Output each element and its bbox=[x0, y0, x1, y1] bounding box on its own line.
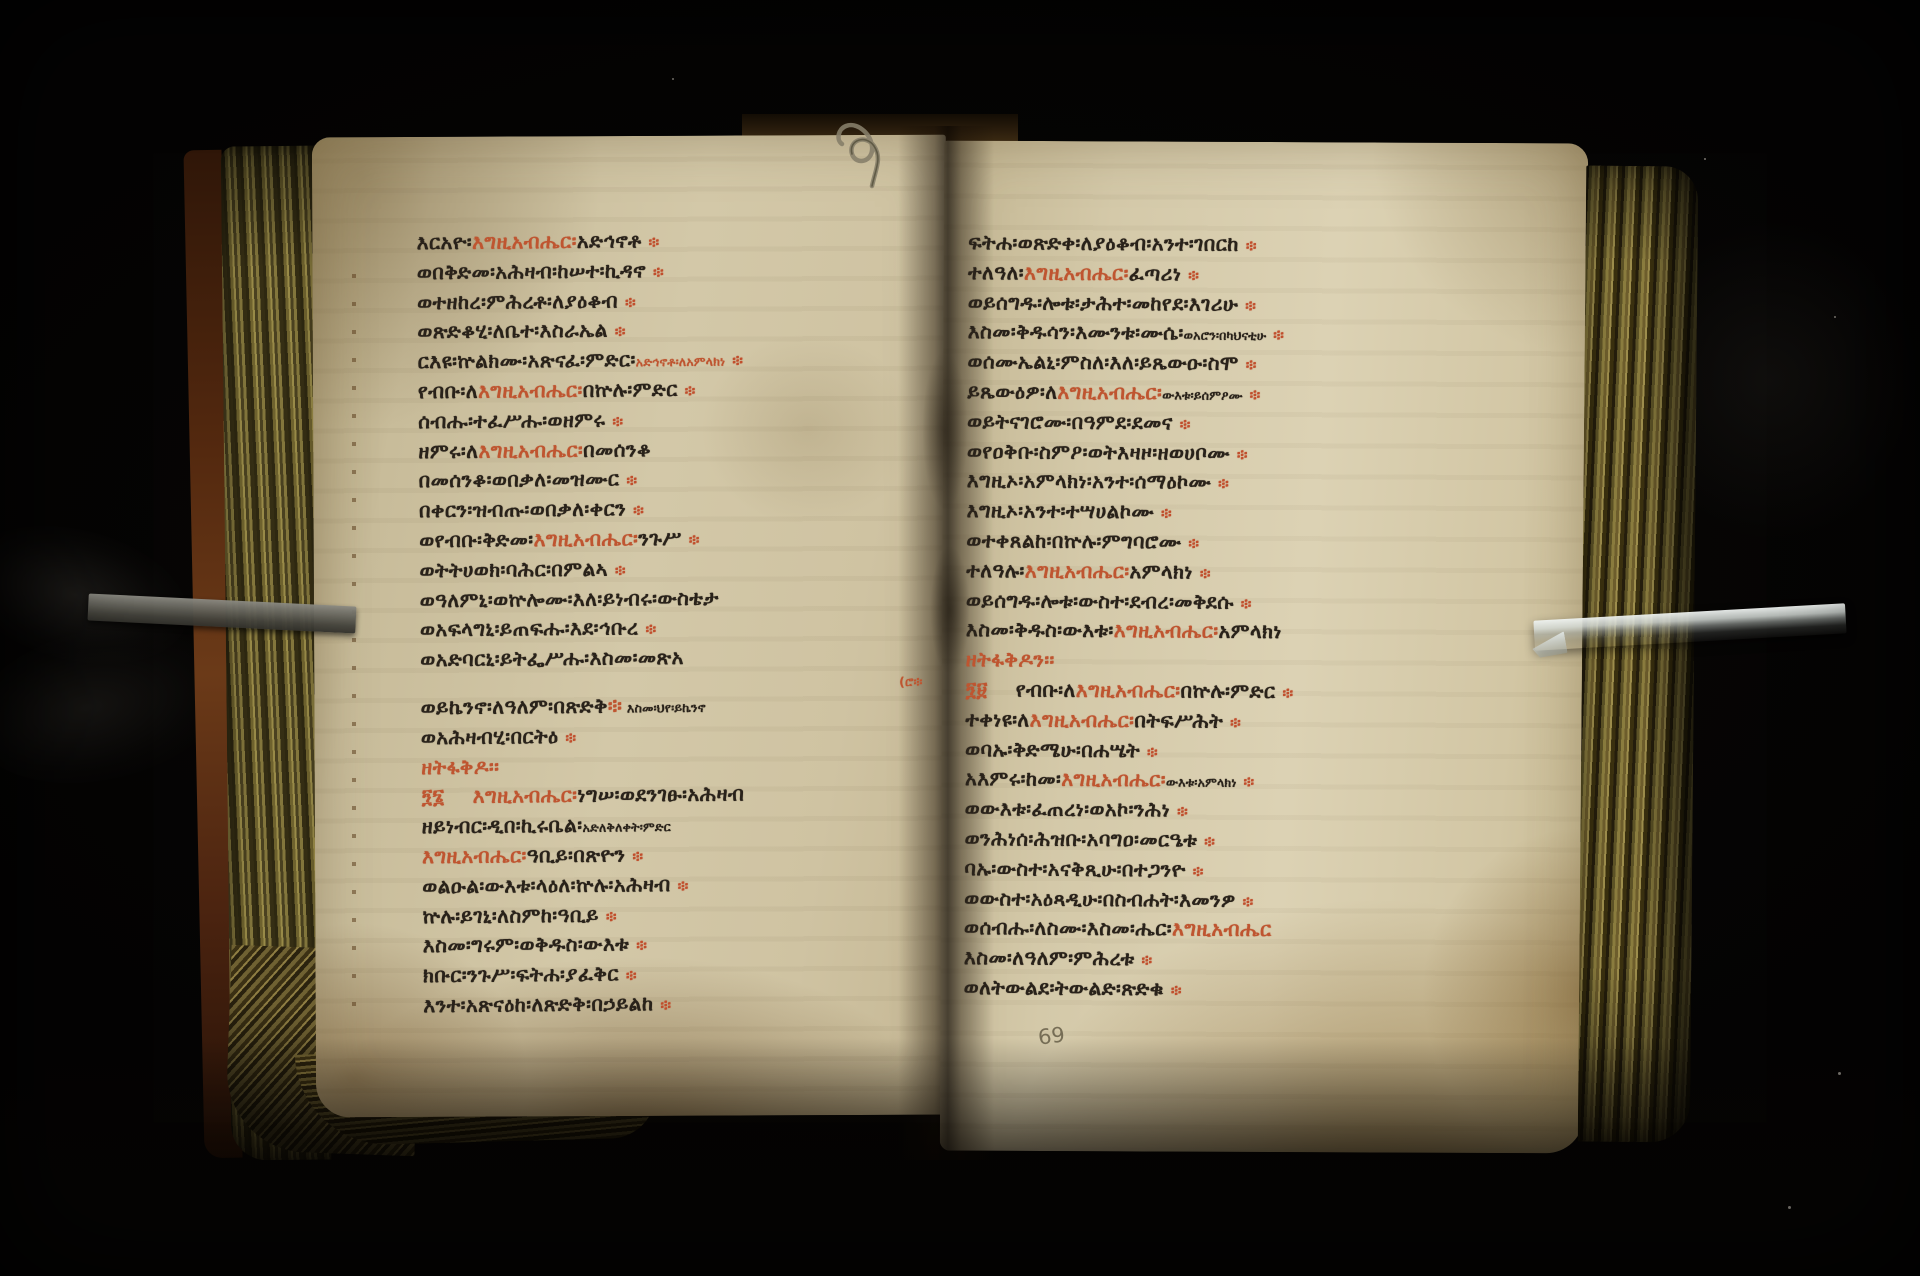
line-end-mark: ፨ bbox=[682, 531, 700, 549]
ink-text: ወየዐቅቡ፡ስምዖ፡ወትእዛዞ፡ዘወሀቦሙ bbox=[967, 439, 1230, 465]
line-end-mark: ፨ bbox=[1243, 386, 1261, 404]
ink-text: እስመ፡ህየ፡ይኬንኖ bbox=[622, 700, 705, 716]
rubricated-text: እግዚአብሔር፡ bbox=[472, 229, 577, 254]
ink-text: ወአድባርኒ፡ይትፌሥሑ፡እስመ፡መጽአ bbox=[420, 645, 684, 671]
text-line: ወተዘከረ፡ምሕረቶ፡ለያዕቆብ፨ bbox=[417, 283, 933, 317]
dust-speck bbox=[1788, 1206, 1791, 1209]
text-line: ክቡር፡ንጉሥ፡ፍትሐ፡ያፈቅር፨ bbox=[423, 957, 939, 991]
text-line: በመሰንቆ፡ወበቃለ፡መዝሙር፨ bbox=[419, 462, 935, 496]
ink-text: እግዚኦ፡አምላክነ፡አንተ፡ሰማዕኮሙ bbox=[967, 469, 1211, 494]
line-end-mark: ፨ bbox=[1236, 892, 1254, 910]
rubricated-text: እግዚአብሔር፡ bbox=[478, 378, 583, 403]
ink-text: ወየብቡ፡ቅድመ፡ bbox=[419, 527, 533, 552]
dust-speck bbox=[1838, 1072, 1841, 1075]
line-end-mark: ፨ bbox=[1154, 504, 1172, 522]
text-line: እስመ፡ግሩም፡ወቅዱስ፡ውእቱ፨ bbox=[423, 927, 939, 961]
rubricated-text: እግዚአብሔር፡ bbox=[1025, 558, 1130, 583]
rubricated-text: አድኅኖቶ፡ለአምላክነ bbox=[636, 354, 726, 370]
text-line: ወልዑል፡ውእቱ፡ላዕለ፡ኵሉ፡አሕዛብ፨ bbox=[422, 867, 938, 901]
ink-text: ነግሠ፡ወደንገፁ፡አሕዛብ bbox=[577, 782, 744, 807]
text-line: ፺፱የብቡ፡ለእግዚአብሔር፡በኵሉ፡ምድር፨ bbox=[965, 675, 1571, 708]
rubricated-text: እግዚአብሔር፡ bbox=[533, 526, 638, 551]
text-line: ዘምሩ፡ለእግዚአብሔር፡በመሰንቆ bbox=[418, 432, 934, 466]
line-end-mark: ፨ bbox=[1275, 684, 1293, 702]
bottom-shadow-fade bbox=[0, 1038, 1920, 1276]
text-line: እግዚኦ፡አምላክነ፡አንተ፡ሰማዕኮሙ፨ bbox=[967, 467, 1573, 500]
ink-text: ፍትሐ፡ወጽድቀ፡ለያዕቆብ፡አንተ፡ገበርከ bbox=[968, 230, 1239, 256]
ink-text: ወይሰግዱ፡ሎቱ፡ታሕተ፡መከየደ፡እገሪሁ bbox=[968, 290, 1239, 316]
line-end-mark: ፨ bbox=[1239, 356, 1257, 374]
text-line: እስመ፡ቅዱሳን፡እሙንቱ፡ሙሴ፡ወአሮን፡በካህናቲሁ፨ bbox=[968, 318, 1574, 351]
text-line: ወይኬንኖ፡ለዓለም፡በጽድቅ፨ እስመ፡ህየ፡ይኬንኖ bbox=[421, 689, 937, 723]
ink-text: የብቡ፡ለ bbox=[418, 379, 478, 404]
rubricated-text: እግዚአብሔር፡ bbox=[422, 843, 527, 868]
line-end-mark: ፨ bbox=[1173, 415, 1191, 433]
ink-text: እርአዮ፡ bbox=[417, 230, 473, 254]
text-line: ኵሉ፡ይገኒ፡ለስምከ፡ዓቢይ፨ bbox=[422, 897, 938, 931]
line-end-mark: ፨ bbox=[1134, 951, 1152, 969]
ink-text: ይጼውዕዎ፡ለ bbox=[967, 379, 1057, 404]
ink-text: ወይሰግዱ፡ሎቱ፡ውስተ፡ደብረ፡መቅደሱ bbox=[966, 588, 1234, 614]
ink-text: በኵሉ፡ምድር bbox=[1180, 678, 1275, 703]
text-line: ፺፮እግዚአብሔር፡ነግሠ፡ወደንገፁ፡አሕዛብ bbox=[421, 778, 937, 812]
rubricated-text: እግዚአብሔር bbox=[1172, 917, 1272, 942]
ink-text: በመሰንቆ bbox=[583, 437, 651, 462]
ink-text: ክቡር፡ንጉሥ፡ፍትሐ፡ያፈቅር bbox=[423, 962, 619, 988]
ink-text: ወይኬንኖ፡ለዓለም፡በጽድቅ bbox=[421, 694, 608, 720]
line-end-mark: ፨ bbox=[642, 233, 660, 251]
line-end-mark: ፨ bbox=[619, 966, 637, 984]
right-page-text: ፍትሐ፡ወጽድቀ፡ለያዕቆብ፡አንተ፡ገበርከ፨ተለዓለ፡እግዚአብሔር፡ፈጣሪ… bbox=[964, 228, 1575, 1006]
text-line: እንተ፡አጽናዕከ፡ለጽድቅ፡በኃይልከ፨ bbox=[423, 987, 939, 1021]
text-line: ወለትውልደ፡ትውልድ፡ጽድቁ፨ bbox=[964, 973, 1570, 1006]
rubricated-text: እግዚአብሔር፡ bbox=[1114, 618, 1219, 643]
text-line: ወባኡ፡ቅድሜሁ፡በሐሤት፨ bbox=[965, 735, 1571, 768]
ink-text: ወውስተ፡አዕጻዲሁ፡በስብሐት፡እመንዎ bbox=[964, 886, 1236, 912]
ink-text: እስመ፡ግሩም፡ወቅዱስ፡ውእቱ bbox=[423, 932, 630, 958]
rubricated-text: እግዚአብሔር፡ bbox=[478, 437, 583, 462]
line-end-mark: ፨ bbox=[619, 472, 637, 490]
text-line: ወሰብሑ፡ለስሙ፡እስመ፡ሔር፡እግዚአብሔር bbox=[964, 913, 1570, 946]
rubricated-text: ፨ bbox=[608, 693, 623, 717]
text-line: ዘይነብር፡ዲበ፡ኪሩቤል፡አድለቅለቀት፡ምድር bbox=[422, 808, 938, 842]
manuscript-photo: እርአዮ፡እግዚአብሔር፡አድኅኖቶ፨ወበቅድመ፡አሕዛብ፡ከሠተ፡ኪዳኖ፨ወተ… bbox=[0, 0, 1920, 1276]
ink-text: ወተዘከረ፡ምሕረቶ፡ለያዕቆብ bbox=[417, 288, 618, 314]
rubric-line: ዘትፋቅዶን፡፡ bbox=[966, 645, 1572, 678]
line-end-mark: ፨ bbox=[608, 323, 626, 341]
line-end-mark: ፨ bbox=[1266, 326, 1284, 344]
line-end-mark: ፨ bbox=[1237, 773, 1255, 791]
ink-text: ተቀነዩ፡ለ bbox=[965, 707, 1029, 731]
text-line: ባኡ፡ውስተ፡አናቅጺሁ፡በተጋንዮ፨ bbox=[964, 854, 1570, 887]
line-end-mark: ፨ bbox=[1164, 981, 1182, 999]
ink-text: በመሰንቆ፡ወበቃለ፡መዝሙር bbox=[419, 467, 620, 493]
ink-text: ዘይነብር፡ዲበ፡ኪሩቤል፡ bbox=[422, 813, 583, 838]
ink-text: ወውእቱ፡ፈጠረነ፡ወአኮ፡ንሕነ bbox=[965, 796, 1170, 821]
ink-text: ወልዑል፡ውእቱ፡ላዕለ፡ኵሉ፡አሕዛብ bbox=[422, 872, 671, 898]
line-end-mark: ፨ bbox=[671, 877, 689, 895]
text-line: ፍትሐ፡ወጽድቀ፡ለያዕቆብ፡አንተ፡ገበርከ፨ bbox=[968, 228, 1574, 261]
text-line: እግዚኦ፡አንተ፡ተሣሀልኮሙ፨ bbox=[967, 496, 1573, 529]
ink-text: ውእቱ፡አምላክነ bbox=[1166, 775, 1237, 790]
rubricated-text: ዘትፋቅዶ፡፡ bbox=[421, 754, 499, 779]
ink-text: እስመ፡ቅዱስ፡ውእቱ፡ bbox=[966, 618, 1114, 643]
line-end-mark: ፨ bbox=[629, 937, 647, 955]
ink-text: አእምሩ፡ከመ፡ bbox=[965, 766, 1061, 791]
text-line: የብቡ፡ለእግዚአብሔር፡በኵሉ፡ምድር፨ bbox=[418, 373, 934, 407]
text-line: ወንሕነሰ፡ሕዝቡ፡አባግዐ፡መርዔቱ፨ bbox=[965, 824, 1571, 857]
ink-text: ንጉሥ bbox=[638, 526, 682, 550]
text-line: ወይሰግዱ፡ሎቱ፡ታሕተ፡መከየደ፡እገሪሁ፨ bbox=[968, 288, 1574, 321]
ink-text: ወሰሙኤልኒ፡ምስለ፡እለ፡ይጼውዑ፡ስሞ bbox=[967, 349, 1238, 375]
ink-text: ወአሮን፡በካህናቲሁ bbox=[1184, 328, 1267, 344]
ink-text: ተለዓሉ፡ bbox=[966, 558, 1025, 582]
ink-text: እግዚኦ፡አንተ፡ተሣሀልኮሙ bbox=[967, 498, 1155, 523]
text-line: ወተቀጸልከ፡በኵሉ፡ምግባሮሙ፨ bbox=[966, 526, 1572, 559]
line-end-mark: ፨ bbox=[558, 729, 576, 747]
ink-text: ወሰብሑ፡ለስሙ፡እስመ፡ሔር፡ bbox=[964, 915, 1172, 940]
ink-text: ወአፍላግኒ፡ይጠፍሑ፡እደ፡ኅቡረ bbox=[420, 616, 639, 642]
bookmark-cord bbox=[816, 96, 896, 190]
rubricated-text: (ሮ፨ bbox=[899, 674, 923, 689]
ink-text: አምላክነ bbox=[1219, 619, 1282, 643]
text-line: ወየዐቅቡ፡ስምዖ፡ወትእዛዞ፡ዘወሀቦሙ፨ bbox=[967, 437, 1573, 470]
pricking-holes-column bbox=[352, 250, 356, 1020]
line-end-mark: ፨ bbox=[625, 847, 643, 865]
line-end-mark: ፨ bbox=[1186, 862, 1204, 880]
text-line: ተለዓሉ፡እግዚአብሔር፡አምላክነ፨ bbox=[966, 556, 1572, 589]
right-fore-edge-leaves bbox=[1578, 166, 1699, 1143]
ink-text: እስመ፡ቅዱሳን፡እሙንቱ፡ሙሴ፡ bbox=[968, 320, 1184, 345]
text-line: እግዚአብሔር፡ዓቢይ፡በጽዮን፨ bbox=[422, 838, 938, 872]
line-end-mark: ፨ bbox=[646, 263, 664, 281]
line-end-mark: ፨ bbox=[1230, 445, 1248, 463]
text-line: ወጽድቆሂ፡ለቤተ፡እስራኤል፨ bbox=[417, 313, 933, 347]
line-end-mark: ፨ bbox=[1223, 713, 1241, 731]
ink-text: ወጽድቆሂ፡ለቤተ፡እስራኤል bbox=[417, 318, 608, 344]
line-end-mark: ፨ bbox=[626, 501, 644, 519]
rubricated-text: እግዚአብሔር፡ bbox=[1024, 260, 1129, 285]
text-line: ይጼውዕዎ፡ለእግዚአብሔር፡ውእቱ፡ይሰምዖሙ፨ bbox=[967, 377, 1573, 410]
ink-text: ዘምሩ፡ለ bbox=[418, 438, 478, 463]
ink-text: ፈጣሪነ bbox=[1129, 261, 1182, 285]
ink-text: ወለትውልደ፡ትውልድ፡ጽድቁ bbox=[964, 975, 1164, 1000]
rubricated-text: እግዚአብሔር፡ bbox=[473, 783, 578, 808]
ink-text: አድለቅለቀት፡ምድር bbox=[582, 819, 670, 835]
ink-text: ኵሉ፡ይገኒ፡ለስምከ፡ዓቢይ bbox=[422, 902, 599, 928]
ink-text: ተለዓለ፡ bbox=[968, 260, 1024, 284]
line-end-mark: ፨ bbox=[1197, 833, 1215, 851]
line-end-mark: ፨ bbox=[1211, 475, 1229, 493]
ink-text: ባኡ፡ውስተ፡አናቅጺሁ፡በተጋንዮ bbox=[964, 856, 1185, 881]
ink-text: ወዓለምኒ፡ወኵሎሙ፡እለ፡ይነብሩ፡ውስቴታ bbox=[420, 585, 719, 612]
text-line: እርአዮ፡እግዚአብሔር፡አድኅኖቶ፨ bbox=[417, 224, 933, 258]
ink-text: በትፍሥሕት bbox=[1134, 708, 1223, 733]
ink-text: ወንሕነሰ፡ሕዝቡ፡አባግዐ፡መርዔቱ bbox=[965, 826, 1198, 851]
dust-speck bbox=[1834, 316, 1836, 318]
line-end-mark: ፨ bbox=[653, 996, 671, 1014]
ink-text: ሰብሑ፡ተፈሥሑ፡ወዘምሩ bbox=[418, 407, 605, 433]
line-end-mark: ፨ bbox=[605, 412, 623, 430]
text-line: ወአሕዛብሂ፡በርትዕ፨ bbox=[421, 718, 937, 752]
line-end-mark: ፨ bbox=[725, 352, 743, 370]
line-end-mark: ፨ bbox=[1140, 743, 1158, 761]
text-line: ሰብሑ፡ተፈሥሑ፡ወዘምሩ፨ bbox=[418, 403, 934, 437]
ink-text: አድኅኖቶ bbox=[577, 228, 642, 253]
text-line: ወበቅድመ፡አሕዛብ፡ከሠተ፡ኪዳኖ፨ bbox=[417, 254, 933, 288]
rubricated-text: እግዚአብሔር፡ bbox=[1076, 678, 1181, 703]
ink-text: በኵሉ፡ምድር bbox=[583, 377, 678, 402]
ink-text: ወይትናገሮሙ፡በዓምደ፡ደመና bbox=[967, 409, 1173, 434]
text-line: ተለዓለ፡እግዚአብሔር፡ፈጣሪነ፨ bbox=[968, 258, 1574, 291]
line-end-mark: ፨ bbox=[608, 561, 626, 579]
rubricated-text: ፺፱ bbox=[965, 677, 987, 701]
rubricated-text: እግዚአብሔር፡ bbox=[1057, 380, 1162, 405]
ink-text: ወባኡ፡ቅድሜሁ፡በሐሤት bbox=[965, 737, 1140, 762]
text-line: ወአድባርኒ፡ይትፌሥሑ፡እስመ፡መጽአ bbox=[420, 641, 936, 675]
text-line: ወይሰግዱ፡ሎቱ፡ውስተ፡ደብረ፡መቅደሱ፨ bbox=[966, 586, 1572, 619]
text-line: ወዓለምኒ፡ወኵሎሙ፡እለ፡ይነብሩ፡ውስቴታ bbox=[420, 581, 936, 615]
rubric-line: ዘትፋቅዶ፡፡ bbox=[421, 748, 937, 782]
text-line: አእምሩ፡ከመ፡እግዚአብሔር፡ውእቱ፡አምላክነ፨ bbox=[965, 764, 1571, 797]
dust-speck bbox=[672, 78, 674, 80]
text-line: ርእዩ፡ኵልክሙ፡አጽናፈ፡ምድር፡አድኅኖቶ፡ለአምላክነ፨ bbox=[418, 343, 934, 377]
line-end-mark: ፨ bbox=[1181, 266, 1199, 284]
line-end-mark: ፨ bbox=[599, 907, 617, 925]
left-page-text: እርአዮ፡እግዚአብሔር፡አድኅኖቶ፨ወበቅድመ፡አሕዛብ፡ከሠተ፡ኪዳኖ፨ወተ… bbox=[417, 224, 940, 1021]
ink-text: ወአሕዛብሂ፡በርትዕ bbox=[421, 724, 559, 749]
line-end-mark: ፨ bbox=[638, 621, 656, 639]
ink-text: እንተ፡አጽናዕከ፡ለጽድቅ፡በኃይልከ bbox=[423, 991, 653, 1017]
ink-text: ውእቱ፡ይሰምዖሙ bbox=[1162, 387, 1243, 402]
line-end-mark: ፨ bbox=[1239, 237, 1257, 255]
line-end-mark: ፨ bbox=[1181, 534, 1199, 552]
text-line: ወትትሀወክ፡ባሕር፡በምልኣ፨ bbox=[419, 552, 935, 586]
line-end-mark: ፨ bbox=[1193, 564, 1211, 582]
ink-text: አምላክነ bbox=[1130, 559, 1193, 583]
line-end-mark: ፨ bbox=[618, 293, 636, 311]
line-end-mark: ፨ bbox=[1234, 594, 1252, 612]
text-line: እስመ፡ቅዱስ፡ውእቱ፡እግዚአብሔር፡አምላክነ bbox=[966, 616, 1572, 649]
text-line: ወውእቱ፡ፈጠረነ፡ወአኮ፡ንሕነ፨ bbox=[965, 794, 1571, 827]
line-end-mark: ፨ bbox=[1170, 803, 1188, 821]
text-line: ተቀነዩ፡ለእግዚአብሔር፡በትፍሥሕት፨ bbox=[965, 705, 1571, 738]
ink-text: የብቡ፡ለ bbox=[1016, 677, 1076, 701]
ink-text: በቀርን፡ዝብጡ፡ወበቃለ፡ቀርን bbox=[419, 497, 626, 523]
text-line: ወውስተ፡አዕጻዲሁ፡በስብሐት፡እመንዎ፨ bbox=[964, 884, 1570, 917]
ink-text: ርእዩ፡ኵልክሙ፡አጽናፈ፡ምድር፡ bbox=[418, 348, 636, 374]
rubricated-text: እግዚአብሔር፡ bbox=[1030, 707, 1135, 732]
text-line: እስመ፡ለዓለም፡ምሕረቱ፨ bbox=[964, 943, 1570, 976]
pencil-folio-number: 69 bbox=[1037, 1022, 1066, 1049]
text-line: ወሰሙኤልኒ፡ምስለ፡እለ፡ይጼውዑ፡ስሞ፨ bbox=[967, 347, 1573, 380]
text-line: በቀርን፡ዝብጡ፡ወበቃለ፡ቀርን፨ bbox=[419, 492, 935, 526]
text-line: ወይትናገሮሙ፡በዓምደ፡ደመና፨ bbox=[967, 407, 1573, 440]
line-end-mark: ፨ bbox=[1238, 296, 1256, 314]
ink-text: ወበቅድመ፡አሕዛብ፡ከሠተ፡ኪዳኖ bbox=[417, 258, 646, 284]
line-end-mark: ፨ bbox=[678, 382, 696, 400]
rubricated-text: ዘትፋቅዶን፡፡ bbox=[966, 647, 1055, 672]
ink-text: እስመ፡ለዓለም፡ምሕረቱ bbox=[964, 945, 1135, 970]
text-line: ወየብቡ፡ቅድመ፡እግዚአብሔር፡ንጉሥ፨ bbox=[419, 522, 935, 556]
ink-text: ዓቢይ፡በጽዮን bbox=[527, 842, 626, 867]
rubricated-text: እግዚአብሔር፡ bbox=[1061, 767, 1166, 792]
rubricated-text: ፺፮ bbox=[421, 784, 444, 808]
ink-text: ወተቀጸልከ፡በኵሉ፡ምግባሮሙ bbox=[966, 528, 1181, 553]
ink-text: ወትትሀወክ፡ባሕር፡በምልኣ bbox=[419, 556, 608, 582]
dust-speck bbox=[1704, 158, 1706, 160]
text-line: ወአፍላግኒ፡ይጠፍሑ፡እደ፡ኅቡረ፨ bbox=[420, 611, 936, 645]
